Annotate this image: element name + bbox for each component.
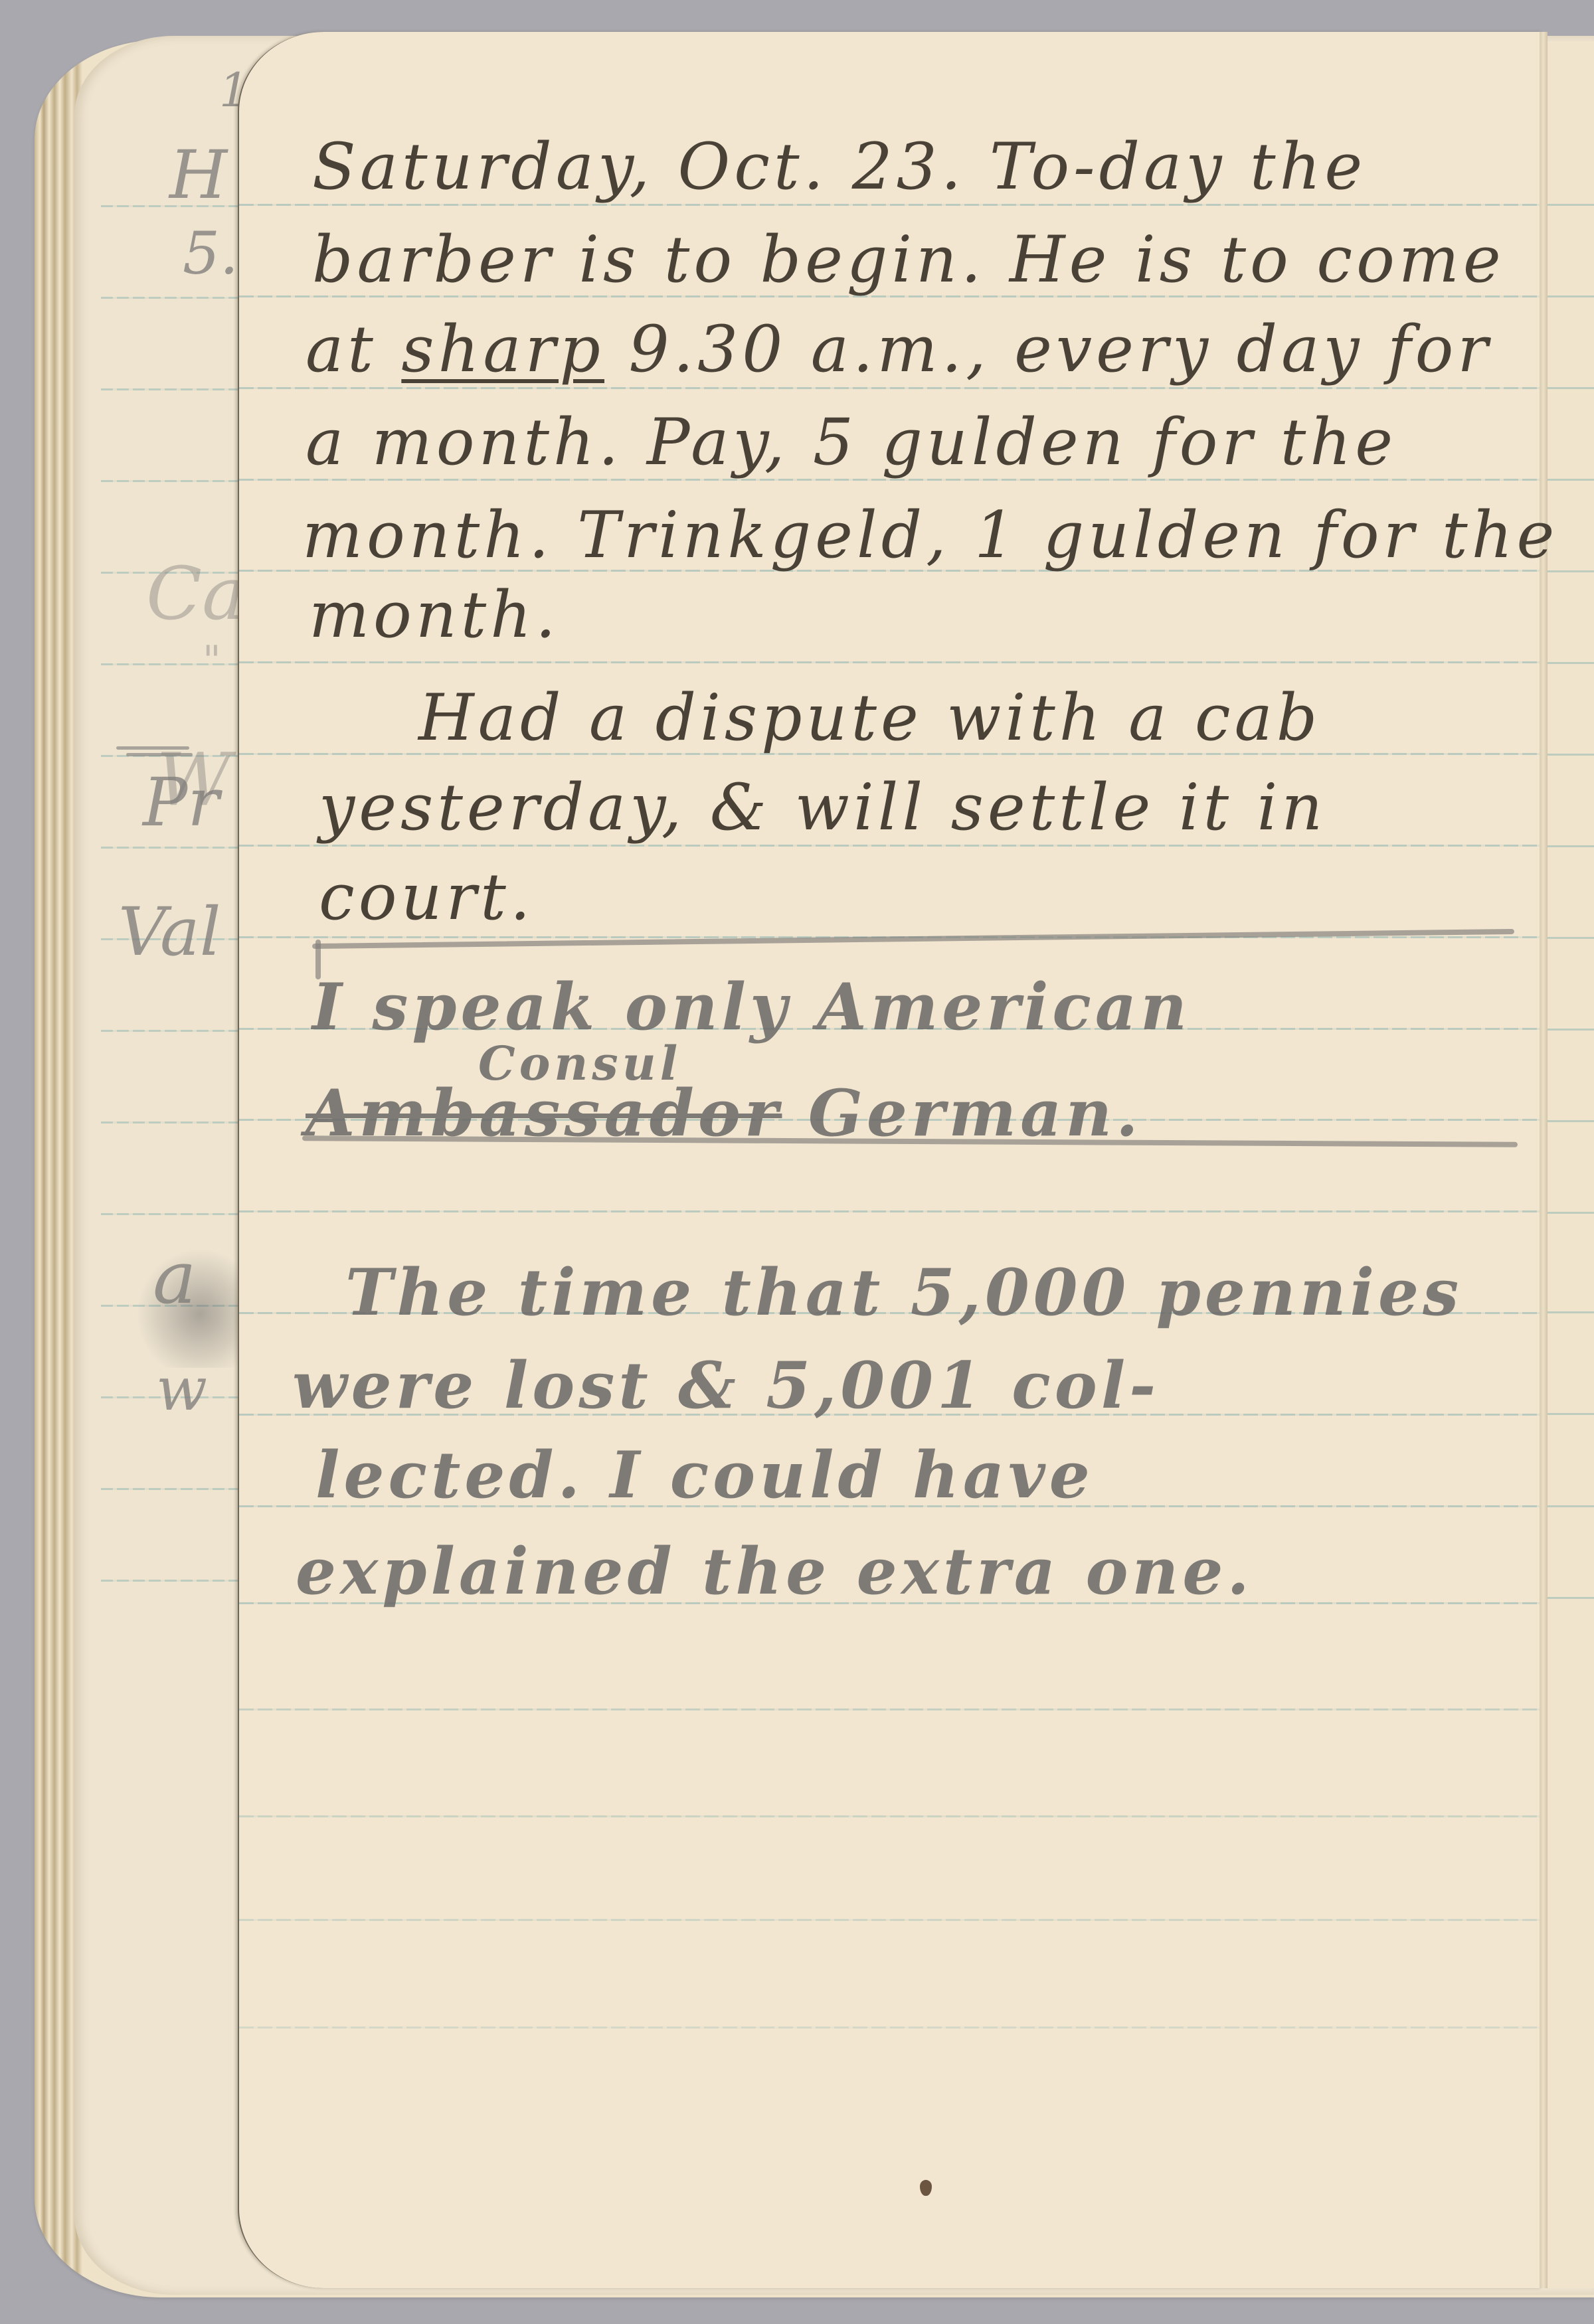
underlined-word-sharp: sharp	[401, 312, 604, 386]
next-page-edge	[1548, 41, 1594, 2288]
ruled-line	[1548, 662, 1594, 664]
struck-line-1: I speak only American	[312, 969, 1191, 1044]
entry-word-at: at	[306, 312, 377, 386]
ruled-line	[1548, 1029, 1594, 1031]
margin-fragment: H	[169, 136, 227, 214]
margin-fragment: Ca	[146, 551, 246, 636]
ruled-line	[1548, 1212, 1594, 1214]
ruled-line	[239, 2027, 1542, 2029]
ruled-line	[1548, 1413, 1594, 1415]
ruled-line	[239, 845, 1542, 847]
margin-underline	[116, 746, 189, 750]
ruled-line	[239, 204, 1542, 206]
ruled-line	[1548, 387, 1594, 389]
ruled-line	[239, 387, 1542, 389]
entry-line-3: at sharp 9.30 a.m., every day for	[306, 312, 1492, 386]
pencil-line-1: The time that 5,000 pennies	[345, 1255, 1462, 1330]
ruled-line	[1548, 754, 1594, 756]
entry-line-5: month. Trinkgeld, 1 gulden for the	[302, 498, 1558, 572]
ruled-line	[239, 1210, 1542, 1212]
pencil-line-4: explained the extra one.	[296, 1534, 1253, 1609]
ruled-line	[239, 1919, 1542, 1921]
ruled-line	[1548, 937, 1594, 939]
ruled-line	[1548, 1505, 1594, 1507]
pencil-line-2: were lost & 5,001 col-	[292, 1348, 1160, 1423]
entry-line-9: court.	[319, 860, 534, 934]
ruled-line	[239, 1708, 1542, 1710]
margin-underline	[126, 753, 193, 756]
margin-fragment: 5.	[183, 219, 238, 288]
ruled-line	[1548, 1120, 1594, 1122]
margin-fragment: w	[156, 1355, 207, 1424]
ruled-line	[239, 1815, 1542, 1817]
ruled-line	[1548, 1597, 1594, 1599]
ruled-line	[1548, 1311, 1594, 1313]
entry-line-7: Had a dispute with a cab	[418, 681, 1321, 755]
book-gutter	[1540, 32, 1548, 2288]
pencil-line-3: lected. I could have	[315, 1438, 1094, 1513]
entry-line-6: month.	[309, 578, 560, 652]
margin-fragment: "	[203, 637, 221, 684]
ruled-line	[1548, 295, 1594, 297]
ruled-line	[1548, 845, 1594, 847]
entry-line-1: Saturday, Oct. 23. To-day the	[312, 129, 1366, 204]
margin-fragment: Val	[118, 893, 221, 971]
ruled-line	[239, 661, 1542, 663]
margin-fragment: Pr	[143, 764, 219, 841]
ruled-line	[1548, 204, 1594, 206]
entry-line-3-rest: 9.30 a.m., every day for	[629, 312, 1492, 386]
entry-line-2: barber is to begin. He is to come	[312, 222, 1505, 297]
entry-line-8: yesterday, & will settle it in	[319, 770, 1326, 845]
ruled-line	[1548, 479, 1594, 481]
entry-line-4: a month. Pay, 5 gulden for the	[306, 405, 1397, 479]
margin-fragment: a	[153, 1235, 197, 1320]
